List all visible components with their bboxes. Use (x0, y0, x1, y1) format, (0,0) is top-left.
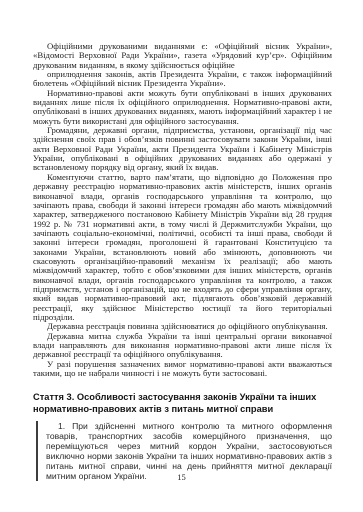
commentary-paragraph: У разі порушення зазначених вимог нормат… (33, 360, 332, 379)
commentary-paragraph: оприлюднення законів, актів Президента У… (33, 70, 332, 89)
page-number: 15 (0, 472, 363, 482)
commentary-section: Офіційними друкованими виданнями є: «Офі… (33, 42, 332, 378)
commentary-paragraph: Коментуючи статтю, варто пам’ятати, що в… (33, 173, 332, 323)
commentary-paragraph: Громадяни, державні органи, підприємства… (33, 126, 332, 173)
page-content: Офіційними друкованими виданнями є: «Офі… (33, 42, 332, 481)
commentary-paragraph: Державна митна служба України та інші це… (33, 332, 332, 360)
article-heading: Стаття 3. Особливості застосування закон… (33, 392, 332, 415)
commentary-paragraph: Нормативно-правові акти можуть бути опуб… (33, 89, 332, 126)
document-page: Офіційними друкованими виданнями є: «Офі… (0, 0, 363, 512)
commentary-paragraph: Офіційними друкованими виданнями є: «Офі… (33, 42, 332, 70)
